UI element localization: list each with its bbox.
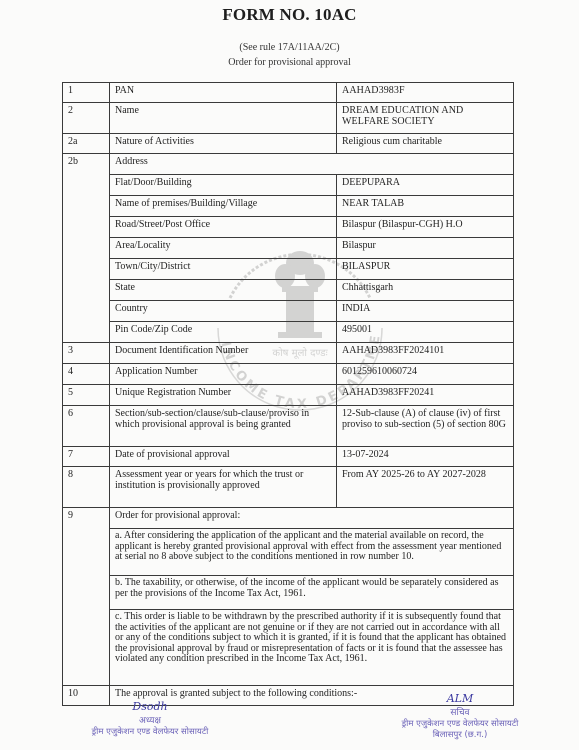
secretary-signature-stamp: ALM सचिव ड्रीम एजुकेशन एण्ड वेलफेयर सोसा… (355, 692, 565, 740)
serial-number: 9 (63, 508, 110, 529)
country-value: INDIA (337, 301, 514, 322)
table-row-document-id: 3 Document Identification Number AAHAD39… (63, 343, 514, 364)
serial-number: 7 (63, 447, 110, 467)
field-label: Name of premises/Building/Village (110, 196, 337, 217)
serial-number: 3 (63, 343, 110, 364)
table-row-pin: Pin Code/Zip Code 495001 (63, 322, 514, 343)
table-row-town: Town/City/District BILASPUR (63, 259, 514, 280)
organization-stamp: ड्रीम एजुकेशन एण्ड वेलफेयर सोसायटी (355, 718, 565, 729)
field-label: State (110, 280, 337, 301)
field-label: Section/sub-section/clause/sub-clause/pr… (110, 406, 337, 447)
table-row-order: 9 Order for provisional approval: (63, 508, 514, 529)
road-value: Bilaspur (Bilaspur-CGH) H.O (337, 217, 514, 238)
table-row-urn: 5 Unique Registration Number AAHAD3983FF… (63, 385, 514, 406)
field-label: Document Identification Number (110, 343, 337, 364)
field-label: Application Number (110, 364, 337, 385)
table-row-order-a: a. After considering the application of … (63, 529, 514, 576)
order-clause-a: a. After considering the application of … (110, 529, 514, 576)
signature-scribble: ALM (355, 692, 565, 705)
section-value: 12-Sub-clause (A) of clause (iv) of firs… (337, 406, 514, 447)
organization-stamp: ड्रीम एजुकेशन एण्ड वेलफेयर सोसायटी (60, 726, 240, 737)
organization-place: बिलासपुर (छ.ग.) (355, 729, 565, 740)
order-clause-c: c. This order is liable to be withdrawn … (110, 610, 514, 686)
state-value: Chhattisgarh (337, 280, 514, 301)
table-row-pan: 1 PAN AAHAD3983F (63, 83, 514, 103)
table-row-address: 2b Address (63, 154, 514, 175)
pin-value: 495001 (337, 322, 514, 343)
area-value: Bilaspur (337, 238, 514, 259)
field-label: Name (110, 103, 337, 134)
form-subtitle: Order for provisional approval (0, 57, 579, 68)
field-label: Unique Registration Number (110, 385, 337, 406)
field-label: Address (110, 154, 514, 175)
table-row-area: Area/Locality Bilaspur (63, 238, 514, 259)
table-row-road: Road/Street/Post Office Bilaspur (Bilasp… (63, 217, 514, 238)
table-row-nature-of-activities: 2a Nature of Activities Religious cum ch… (63, 134, 514, 154)
field-label: Nature of Activities (110, 134, 337, 154)
table-row-assessment-years: 8 Assessment year or years for which the… (63, 467, 514, 508)
table-row-premises: Name of premises/Building/Village NEAR T… (63, 196, 514, 217)
field-label: Flat/Door/Building (110, 175, 337, 196)
table-row-approval-date: 7 Date of provisional approval 13-07-202… (63, 447, 514, 467)
table-row-name: 2 Name DREAM EDUCATION AND WELFARE SOCIE… (63, 103, 514, 134)
order-clause-b: b. The taxability, or otherwise, of the … (110, 576, 514, 610)
field-label: Town/City/District (110, 259, 337, 280)
serial-number: 2b (63, 154, 110, 175)
field-label: Date of provisional approval (110, 447, 337, 467)
table-row-country: Country INDIA (63, 301, 514, 322)
application-number-value: 601259610060724 (337, 364, 514, 385)
approval-date-value: 13-07-2024 (337, 447, 514, 467)
serial-number: 8 (63, 467, 110, 508)
table-row-order-b: b. The taxability, or otherwise, of the … (63, 576, 514, 610)
table-row-flat: Flat/Door/Building DEEPUPARA (63, 175, 514, 196)
field-label: Pin Code/Zip Code (110, 322, 337, 343)
signatory-role: सचिव (355, 705, 565, 718)
signature-scribble: Dsodh (60, 700, 240, 713)
field-label: Country (110, 301, 337, 322)
approval-details-table: 1 PAN AAHAD3983F 2 Name DREAM EDUCATION … (62, 82, 514, 706)
premises-value: NEAR TALAB (337, 196, 514, 217)
serial-number: 5 (63, 385, 110, 406)
pan-value: AAHAD3983F (337, 83, 514, 103)
serial-number: 4 (63, 364, 110, 385)
field-label: Area/Locality (110, 238, 337, 259)
document-id-value: AAHAD3983FF2024101 (337, 343, 514, 364)
serial-number: 6 (63, 406, 110, 447)
field-label: Road/Street/Post Office (110, 217, 337, 238)
field-label: PAN (110, 83, 337, 103)
town-value: BILASPUR (337, 259, 514, 280)
assessment-years-value: From AY 2025-26 to AY 2027-2028 (337, 467, 514, 508)
nature-of-activities-value: Religious cum charitable (337, 134, 514, 154)
serial-number: 1 (63, 83, 110, 103)
table-row-application-number: 4 Application Number 601259610060724 (63, 364, 514, 385)
flat-value: DEEPUPARA (337, 175, 514, 196)
serial-number: 2a (63, 134, 110, 154)
table-row-section: 6 Section/sub-section/clause/sub-clause/… (63, 406, 514, 447)
urn-value: AAHAD3983FF20241 (337, 385, 514, 406)
signatory-role: अध्यक्ष (60, 713, 240, 726)
field-label: Order for provisional approval: (110, 508, 514, 529)
rule-reference: (See rule 17A/11AA/2C) (0, 42, 579, 53)
president-signature-stamp: Dsodh अध्यक्ष ड्रीम एजुकेशन एण्ड वेलफेयर… (60, 700, 240, 737)
field-label: Assessment year or years for which the t… (110, 467, 337, 508)
table-row-state: State Chhattisgarh (63, 280, 514, 301)
serial-number: 2 (63, 103, 110, 134)
name-value: DREAM EDUCATION AND WELFARE SOCIETY (337, 103, 514, 134)
form-title: FORM NO. 10AC (0, 5, 579, 25)
table-row-order-c: c. This order is liable to be withdrawn … (63, 610, 514, 686)
